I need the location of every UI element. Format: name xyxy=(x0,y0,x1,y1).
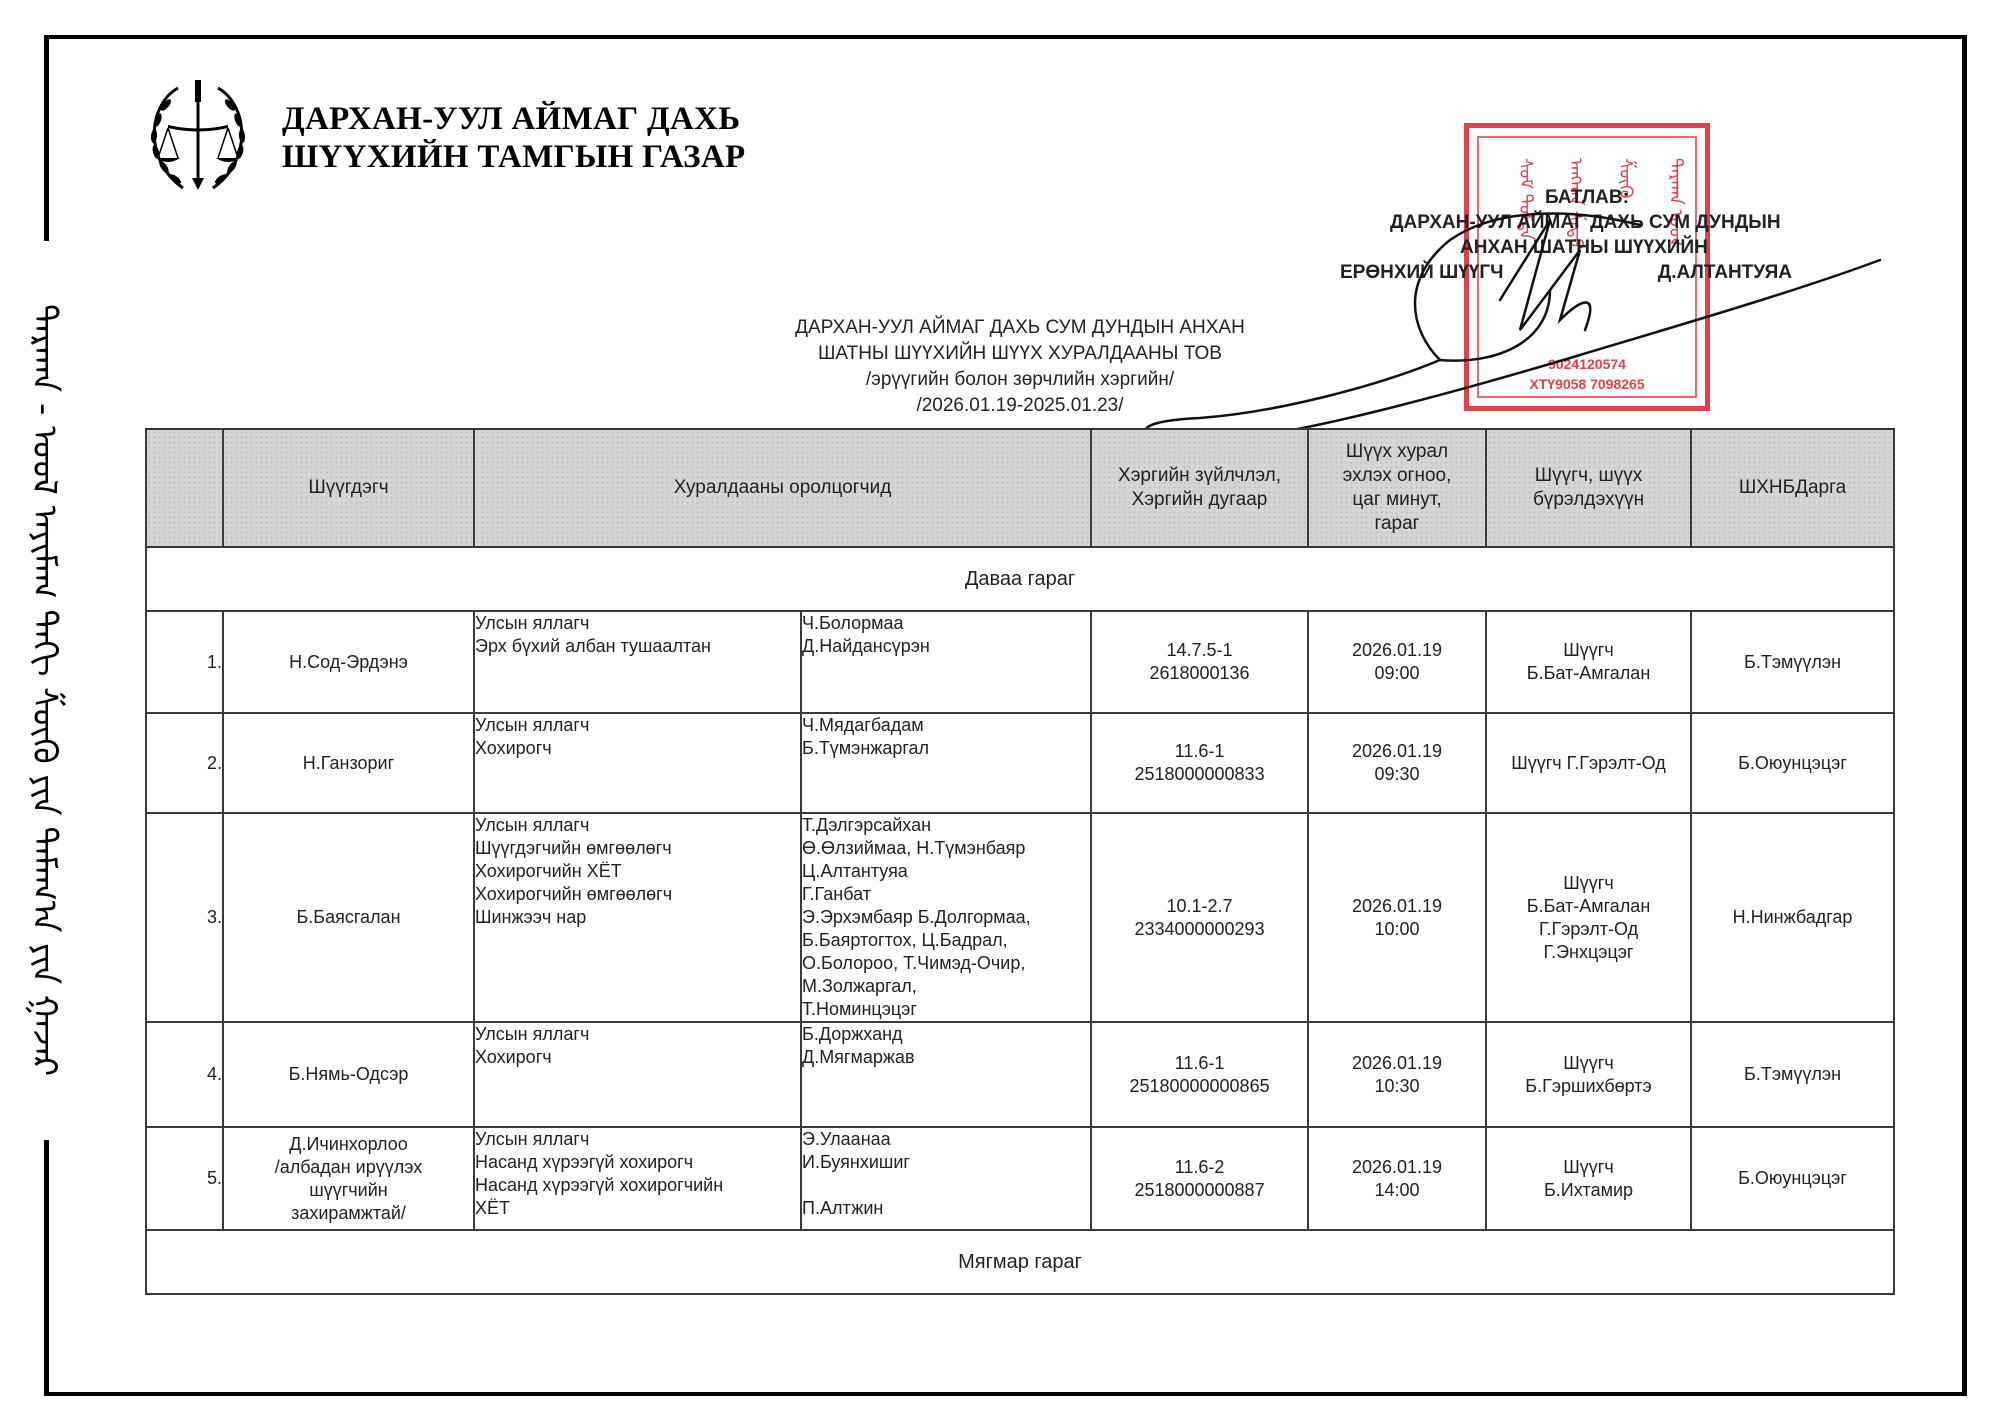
datetime-cell: 2026.01.1909:30 xyxy=(1308,713,1486,813)
case-cell: 11.6-125180000000865 xyxy=(1091,1022,1308,1127)
cell-line: 25180000000865 xyxy=(1092,1075,1307,1098)
participant-names-cell: Э.УлаанааИ.Буянхишиг П.Алтжин xyxy=(801,1127,1091,1230)
cell-line: 14:00 xyxy=(1309,1179,1485,1202)
hearing-schedule-table: Шүүгдэгч Хуралдааны оролцогчид Хэргийн з… xyxy=(145,428,1895,1295)
approval-court-line: ДАРХАН-УУЛ АЙМАГ ДАХЬ СУМ ДУНДЫН xyxy=(1330,210,1910,235)
cell-line: Б.Доржханд xyxy=(802,1023,1090,1046)
cell-line: Хохирогч xyxy=(475,1046,800,1069)
participant-names-cell: Б.ДоржхандД.Мягмаржав xyxy=(801,1022,1091,1127)
participant-roles-cell: Улсын яллагчХохирогч xyxy=(474,713,801,813)
row-number: 3. xyxy=(146,813,223,1022)
approval-name: Д.АЛТАНТУЯА xyxy=(1658,260,1792,285)
cell-line: Насанд хүрээгүй хохирогч xyxy=(475,1151,800,1174)
header-participants: Хуралдааны оролцогчид xyxy=(474,429,1091,547)
approval-block: БАТЛАВ: ДАРХАН-УУЛ АЙМАГ ДАХЬ СУМ ДУНДЫН… xyxy=(1330,185,1910,285)
participant-roles-cell: Улсын яллагчЭрх бүхий албан тушаалтан xyxy=(474,611,801,713)
cell-line: Б.Баясгалан xyxy=(224,906,473,929)
cell-line: /албадан ирүүлэх xyxy=(224,1156,473,1179)
defendant-cell: Н.Сод-Эрдэнэ xyxy=(223,611,474,713)
cell-line: 14.7.5-1 xyxy=(1092,639,1307,662)
document-title: ДАРХАН-УУЛ АЙМАГ ДАХЬ СУМ ДУНДЫН АНХАН Ш… xyxy=(720,315,1320,419)
datetime-cell: 2026.01.1910:30 xyxy=(1308,1022,1486,1127)
header-case: Хэргийн зүйлчлэл, Хэргийн дугаар xyxy=(1091,429,1308,547)
doc-title-subtitle: /эрүүгийн болон зөрчлийн хэргийн/ xyxy=(720,367,1320,393)
cell-line: Шүүгч Г.Гэрэлт-Од xyxy=(1487,752,1690,775)
case-cell: 11.6-22518000000887 xyxy=(1091,1127,1308,1230)
cell-line: Шинжээч нар xyxy=(475,906,800,929)
cell-line: 10:00 xyxy=(1309,918,1485,941)
cell-line: 10:30 xyxy=(1309,1075,1485,1098)
datetime-cell: 2026.01.1910:00 xyxy=(1308,813,1486,1022)
stamp-number-2: ХТҮ9058 7098265 xyxy=(1469,376,1705,392)
day-row-tuesday: Мягмар гараг xyxy=(146,1230,1894,1294)
cell-line: Э.Эрхэмбаяр Б.Долгормаа, xyxy=(802,906,1090,929)
cell-line: Улсын яллагч xyxy=(475,612,800,635)
cell-line: Улсын яллагч xyxy=(475,814,800,837)
table-row: 3.Б.БаясгаланУлсын яллагчШүүгдэгчийн өмг… xyxy=(146,813,1894,1022)
participant-names-cell: Т.ДэлгэрсайханӨ.Өлзиймаа, Н.ТүмэнбаярЦ.А… xyxy=(801,813,1091,1022)
cell-line: Насанд хүрээгүй хохирогчийн xyxy=(475,1174,800,1197)
doc-title-line2: ШАТНЫ ШҮҮХИЙН ШҮҮХ ХУРАЛДААНЫ ТОВ xyxy=(720,341,1320,367)
mongolian-script-vertical-text: ᠳᠠᠷᠬᠠᠨ - ᠤᠤᠯ ᠠᠶᠢᠮᠠᠭ ᠳᠠᠬᠢ ᠱᠦᠬᠦ ᠶᠢᠨ ᠲᠠᠮᠠᠭ᠎… xyxy=(14,235,74,1145)
cell-line: Хохирогчийн ХЁТ xyxy=(475,860,800,883)
cell-line: Б.Гэршихбөртэ xyxy=(1487,1075,1690,1098)
doc-title-date-range: /2026.01.19-2025.01.23/ xyxy=(720,393,1320,419)
cell-line: 2026.01.19 xyxy=(1309,639,1485,662)
participant-roles-cell: Улсын яллагчШүүгдэгчийн өмгөөлөгчХохирог… xyxy=(474,813,801,1022)
cell-line: захирамжтай/ xyxy=(224,1202,473,1225)
cell-line: Ч.Болормаа xyxy=(802,612,1090,635)
row-number: 4. xyxy=(146,1022,223,1127)
approval-position: ЕРӨНХИЙ ШҮҮГЧ xyxy=(1340,260,1503,285)
cell-line: 2026.01.19 xyxy=(1309,740,1485,763)
cell-line: 10.1-2.7 xyxy=(1092,895,1307,918)
cell-line: 09:30 xyxy=(1309,763,1485,786)
cell-line: Улсын яллагч xyxy=(475,714,800,737)
cell-line: Шүүгч xyxy=(1487,639,1690,662)
cell-line: Шүүгч xyxy=(1487,1156,1690,1179)
header-secretary: ШХНБДарга xyxy=(1691,429,1894,547)
page-border-left-bottom xyxy=(44,1140,49,1396)
cell-line: Б.Ихтамир xyxy=(1487,1179,1690,1202)
approval-court-line-2: АНХАН ШАТНЫ ШҮҮХИЙН xyxy=(1330,235,1910,260)
header-judges: Шүүгч, шүүх бүрэлдэхүүн xyxy=(1486,429,1691,547)
cell-line: 11.6-1 xyxy=(1092,1052,1307,1075)
cell-line: 2026.01.19 xyxy=(1309,1156,1485,1179)
cell-line: ХЁТ xyxy=(475,1197,800,1220)
table-row: 5.Д.Ичинхорлоо/албадан ирүүлэхшүүгчийнза… xyxy=(146,1127,1894,1230)
cell-line: Эрх бүхий албан тушаалтан xyxy=(475,635,800,658)
cell-line: Б.Түмэнжаргал xyxy=(802,737,1090,760)
cell-line: 2518000000887 xyxy=(1092,1179,1307,1202)
header-defendant: Шүүгдэгч xyxy=(223,429,474,547)
table-row: 1.Н.Сод-ЭрдэнэУлсын яллагчЭрх бүхий алба… xyxy=(146,611,1894,713)
judges-cell: ШүүгчБ.Гэршихбөртэ xyxy=(1486,1022,1691,1127)
table-header-row: Шүүгдэгч Хуралдааны оролцогчид Хэргийн з… xyxy=(146,429,1894,547)
cell-line: Г.Ганбат xyxy=(802,883,1090,906)
defendant-cell: Б.Баясгалан xyxy=(223,813,474,1022)
cell-line: Г.Гэрэлт-Од xyxy=(1487,918,1690,941)
day-label: Мягмар гараг xyxy=(146,1230,1894,1294)
judges-cell: Шүүгч Г.Гэрэлт-Од xyxy=(1486,713,1691,813)
judges-cell: ШүүгчБ.Бат-Амгалан xyxy=(1486,611,1691,713)
cell-line: 11.6-1 xyxy=(1092,740,1307,763)
stamp-number-1: 9024120574 xyxy=(1469,356,1705,372)
participant-roles-cell: Улсын яллагчНасанд хүрээгүй хохирогчНаса… xyxy=(474,1127,801,1230)
cell-line: О.Болороо, Т.Чимэд-Очир, xyxy=(802,952,1090,975)
cell-line: 2026.01.19 xyxy=(1309,1052,1485,1075)
cell-line: Хохирогчийн өмгөөлөгч xyxy=(475,883,800,906)
cell-line: Т.Номинцэцэг xyxy=(802,998,1090,1021)
secretary-cell: Б.Оюунцэцэг xyxy=(1691,713,1894,813)
cell-line: Б.Баяртогтох, Ц.Бадрал, xyxy=(802,929,1090,952)
cell-line: Г.Энхцэцэг xyxy=(1487,941,1690,964)
cell-line: Хохирогч xyxy=(475,737,800,760)
case-cell: 10.1-2.72334000000293 xyxy=(1091,813,1308,1022)
organization-title: ДАРХАН-УУЛ АЙМАГ ДАХЬ ШҮҮХИЙН ТАМГЫН ГАЗ… xyxy=(282,100,745,176)
secretary-cell: Б.Оюунцэцэг xyxy=(1691,1127,1894,1230)
court-emblem-icon xyxy=(138,70,258,200)
cell-line: 2334000000293 xyxy=(1092,918,1307,941)
cell-line: 09:00 xyxy=(1309,662,1485,685)
case-cell: 14.7.5-12618000136 xyxy=(1091,611,1308,713)
cell-line: Ц.Алтантуяа xyxy=(802,860,1090,883)
cell-line: 11.6-2 xyxy=(1092,1156,1307,1179)
cell-line: М.Золжаргал, xyxy=(802,975,1090,998)
cell-line: Д.Найдансүрэн xyxy=(802,635,1090,658)
cell-line: Шүүгч xyxy=(1487,872,1690,895)
secretary-cell: Б.Тэмүүлэн xyxy=(1691,1022,1894,1127)
datetime-cell: 2026.01.1914:00 xyxy=(1308,1127,1486,1230)
cell-line: Улсын яллагч xyxy=(475,1023,800,1046)
participant-names-cell: Ч.МядагбадамБ.Түмэнжаргал xyxy=(801,713,1091,813)
row-number: 1. xyxy=(146,611,223,713)
cell-line: Д.Ичинхорлоо xyxy=(224,1133,473,1156)
org-title-line1: ДАРХАН-УУЛ АЙМАГ ДАХЬ xyxy=(282,100,745,138)
defendant-cell: Н.Ганзориг xyxy=(223,713,474,813)
cell-line: Б.Бат-Амгалан xyxy=(1487,895,1690,918)
row-number: 2. xyxy=(146,713,223,813)
page-border-left-top xyxy=(44,35,49,241)
cell-line: Н.Ганзориг xyxy=(224,752,473,775)
cell-line: 2518000000833 xyxy=(1092,763,1307,786)
datetime-cell: 2026.01.1909:00 xyxy=(1308,611,1486,713)
page-border-right xyxy=(1962,35,1967,1396)
org-title-line2: ШҮҮХИЙН ТАМГЫН ГАЗАР xyxy=(282,138,745,176)
cell-line: Б.Бат-Амгалан xyxy=(1487,662,1690,685)
doc-title-line1: ДАРХАН-УУЛ АЙМАГ ДАХЬ СУМ ДУНДЫН АНХАН xyxy=(720,315,1320,341)
row-number: 5. xyxy=(146,1127,223,1230)
case-cell: 11.6-12518000000833 xyxy=(1091,713,1308,813)
defendant-cell: Д.Ичинхорлоо/албадан ирүүлэхшүүгчийнзахи… xyxy=(223,1127,474,1230)
page-border-top xyxy=(45,35,1966,39)
secretary-cell: Б.Тэмүүлэн xyxy=(1691,611,1894,713)
cell-line: Шүүгдэгчийн өмгөөлөгч xyxy=(475,837,800,860)
day-label: Даваа гараг xyxy=(146,547,1894,611)
approval-signatory: ЕРӨНХИЙ ШҮҮГЧ Д.АЛТАНТУЯА xyxy=(1330,260,1910,285)
cell-line: Улсын яллагч xyxy=(475,1128,800,1151)
day-row-monday: Даваа гараг xyxy=(146,547,1894,611)
cell-line: Б.Нямь-Одсэр xyxy=(224,1063,473,1086)
cell-line: Н.Сод-Эрдэнэ xyxy=(224,651,473,674)
cell-line: Ө.Өлзиймаа, Н.Түмэнбаяр xyxy=(802,837,1090,860)
cell-line: П.Алтжин xyxy=(802,1197,1090,1220)
cell-line: И.Буянхишиг xyxy=(802,1151,1090,1174)
cell-line: Т.Дэлгэрсайхан xyxy=(802,814,1090,837)
judges-cell: ШүүгчБ.Бат-АмгаланГ.Гэрэлт-ОдГ.Энхцэцэг xyxy=(1486,813,1691,1022)
cell-line: шүүгчийн xyxy=(224,1179,473,1202)
table-row: 4.Б.Нямь-ОдсэрУлсын яллагчХохирогчБ.Дорж… xyxy=(146,1022,1894,1127)
cell-line: 2026.01.19 xyxy=(1309,895,1485,918)
cell-line: Ч.Мядагбадам xyxy=(802,714,1090,737)
secretary-cell: Н.Нинжбадгар xyxy=(1691,813,1894,1022)
judges-cell: ШүүгчБ.Ихтамир xyxy=(1486,1127,1691,1230)
cell-line xyxy=(802,1174,1090,1197)
cell-line: 2618000136 xyxy=(1092,662,1307,685)
cell-line: Э.Улаанаа xyxy=(802,1128,1090,1151)
cell-line: Д.Мягмаржав xyxy=(802,1046,1090,1069)
participant-names-cell: Ч.БолормааД.Найдансүрэн xyxy=(801,611,1091,713)
participant-roles-cell: Улсын яллагчХохирогч xyxy=(474,1022,801,1127)
defendant-cell: Б.Нямь-Одсэр xyxy=(223,1022,474,1127)
approval-heading: БАТЛАВ: xyxy=(1330,185,1910,210)
header-number xyxy=(146,429,223,547)
page-border-bottom xyxy=(45,1392,1966,1396)
table-row: 2.Н.ГанзоригУлсын яллагчХохирогчЧ.Мядагб… xyxy=(146,713,1894,813)
header-datetime: Шүүх хурал эхлэх огноо, цаг минут, гараг xyxy=(1308,429,1486,547)
cell-line: Шүүгч xyxy=(1487,1052,1690,1075)
